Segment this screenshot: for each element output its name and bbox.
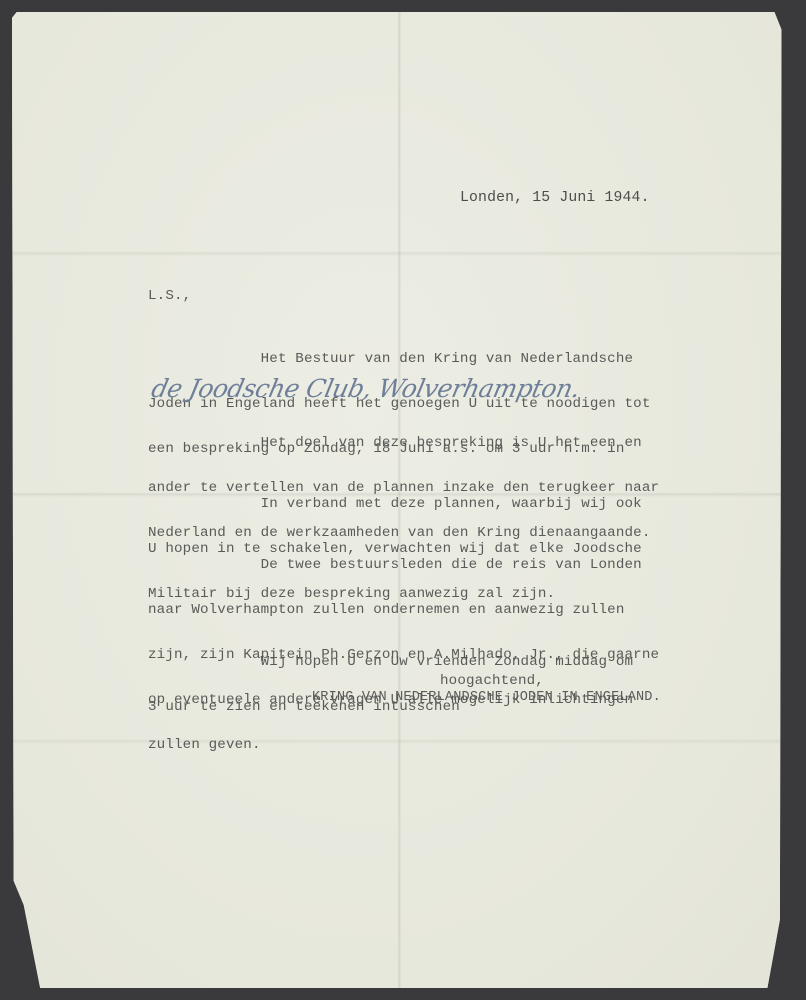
handwritten-location: de Joodsche Club, Wolverhampton. (149, 374, 583, 403)
salutation: L.S., (148, 289, 191, 304)
signature-organization: KRING VAN NEDERLANDSCHE JODEN IN ENGELAN… (312, 690, 661, 705)
text-line: In verband met deze plannen, waarbij wij… (148, 497, 642, 512)
closing-salutation: hoogachtend, (440, 674, 544, 689)
text-line: De twee bestuursleden die de reis van Lo… (148, 558, 659, 573)
scanned-document: Londen, 15 Juni 1944. L.S., Het Bestuur … (0, 0, 806, 1000)
text-line: naar Wolverhampton zullen ondernemen en … (148, 603, 659, 618)
date-line: Londen, 15 Juni 1944. (460, 191, 650, 206)
text-line: Het doel van deze bespreking is U het ee… (148, 436, 659, 451)
text-line: Het Bestuur van den Kring van Nederlands… (148, 352, 651, 367)
paragraph-closing-remark: Wij hopen U en Uw vrienden Zondag middag… (148, 625, 633, 745)
text-line: Wij hopen U en Uw vrienden Zondag middag… (148, 655, 633, 670)
